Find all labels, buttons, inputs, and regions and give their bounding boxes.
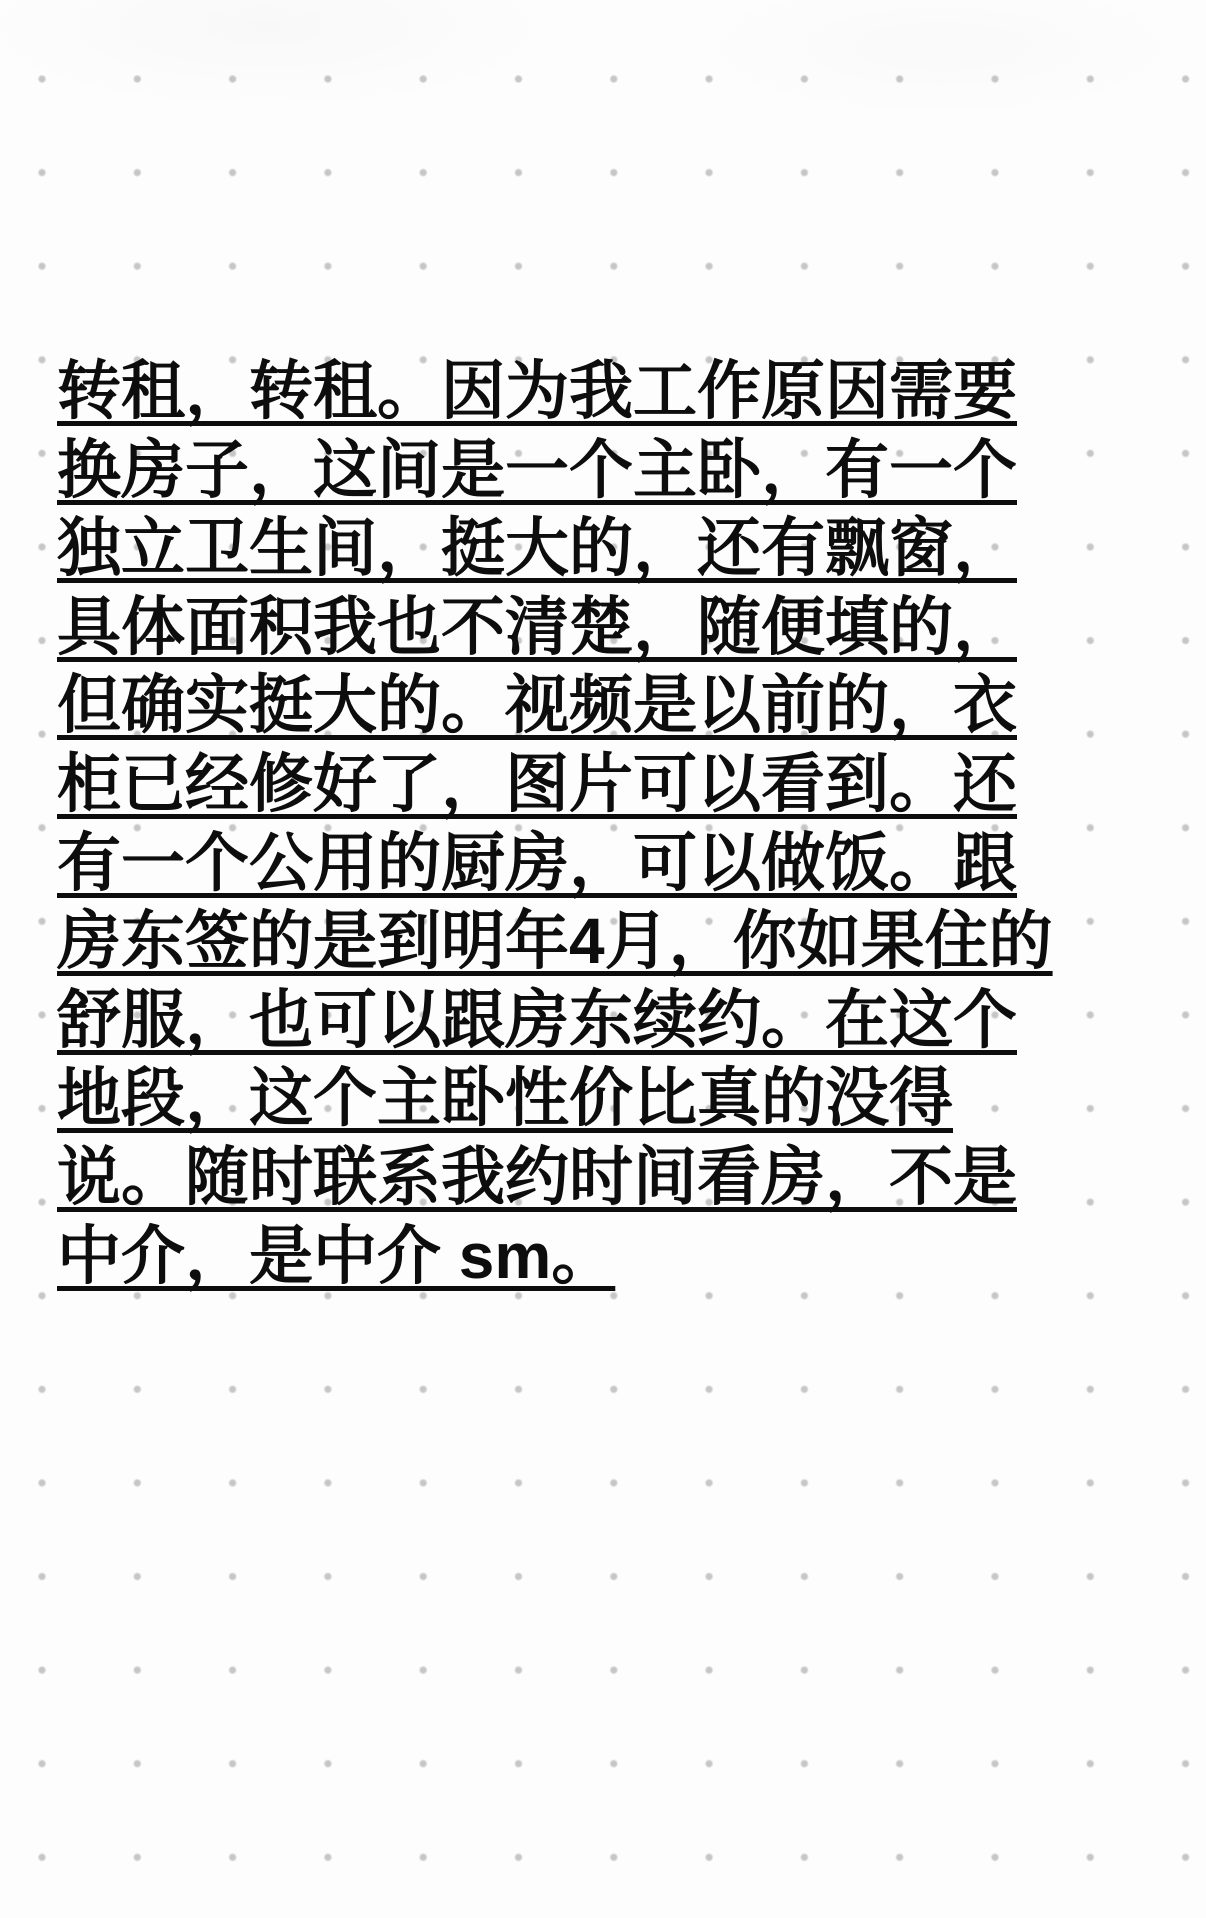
- dotted-note-page: 转租，转租。因为我工作原因需要 换房子，这间是一个主卧，有一个 独立卫生间，挺大…: [0, 0, 1206, 1918]
- note-line: 但确实挺大的。视频是以前的，衣: [57, 666, 1017, 745]
- note-line: 换房子，这间是一个主卧，有一个: [57, 431, 1017, 510]
- note-text-block: 转租，转租。因为我工作原因需要 换房子，这间是一个主卧，有一个 独立卫生间，挺大…: [57, 352, 1167, 1295]
- note-line: 有一个公用的厨房，可以做饭。跟: [57, 824, 1017, 903]
- note-line: 说。随时联系我约时间看房，不是: [57, 1138, 1017, 1217]
- note-line: 舒服，也可以跟房东续约。在这个: [57, 981, 1017, 1060]
- note-line: 具体面积我也不清楚，随便填的，: [57, 588, 1017, 667]
- note-line: 独立卫生间，挺大的，还有飘窗，: [57, 509, 1017, 588]
- note-line: 柜已经修好了，图片可以看到。还: [57, 745, 1017, 824]
- note-line: 房东签的是到明年4月，你如果住的: [57, 902, 1053, 981]
- note-line: 中介，是中介 sm。: [57, 1217, 615, 1296]
- note-line: 转租，转租。因为我工作原因需要: [57, 352, 1017, 431]
- note-line: 地段，这个主卧性价比真的没得: [57, 1059, 953, 1138]
